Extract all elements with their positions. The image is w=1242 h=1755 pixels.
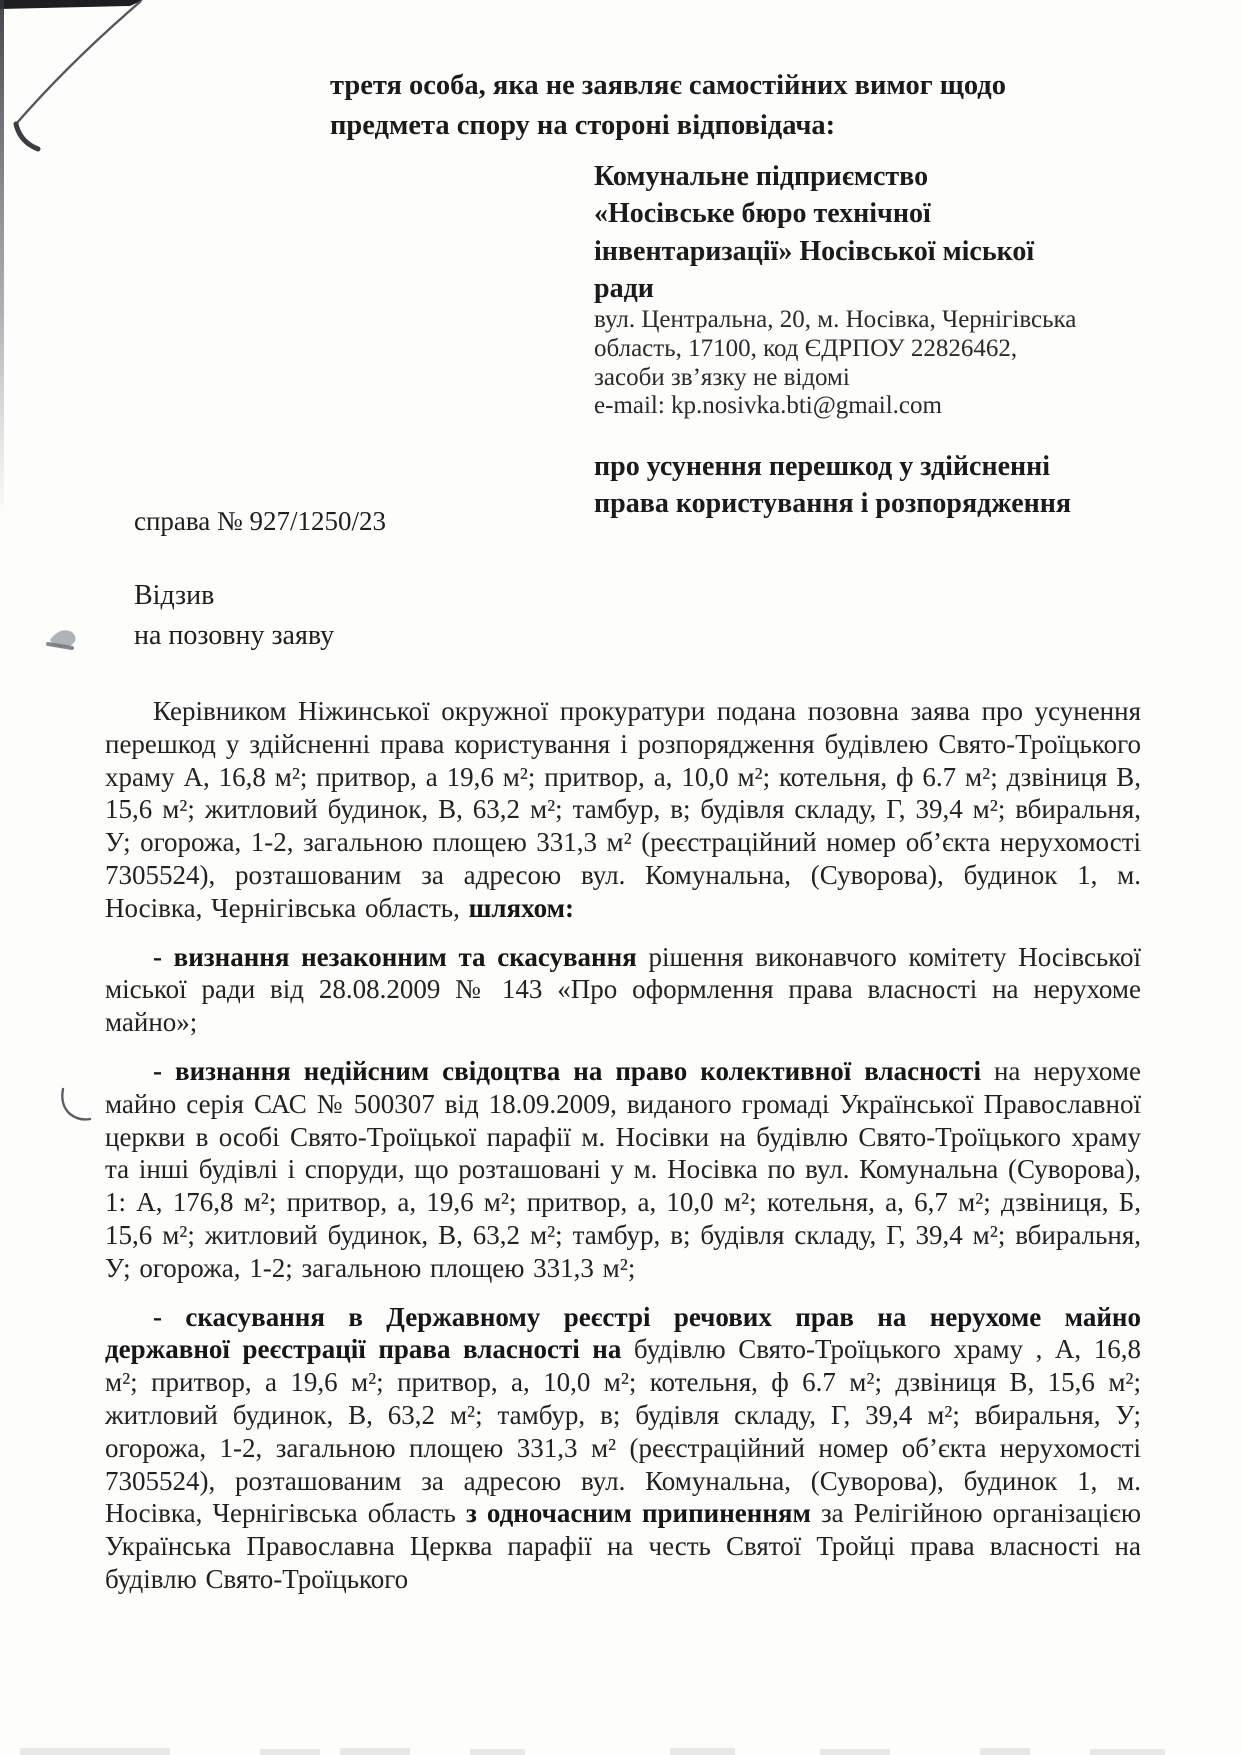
cut-off-next-line	[20, 1748, 1165, 1755]
document-page: третя особа, яка не заявляє самостійних …	[0, 0, 1242, 1755]
ink-smudge-tail	[48, 644, 72, 648]
third-party-name: Комунальне підприємство «Носівське бюро …	[594, 158, 1154, 308]
folded-page-corner	[16, 1, 141, 124]
top-edge-bar-artifact	[0, 0, 143, 9]
handwritten-pen-mark	[62, 1089, 90, 1119]
body-paragraph: Керівником Ніжинської окружної прокурату…	[105, 695, 1141, 925]
body-paragraph: - визнання недійсним свідоцтва на право …	[105, 1055, 1141, 1285]
document-body: Керівником Ніжинської окружної прокурату…	[105, 695, 1141, 1612]
case-party-heading: третя особа, яка не заявляє самостійних …	[330, 66, 1010, 146]
document-title: Відзив на позовну заяву	[134, 576, 334, 656]
scanner-edge-shadow	[0, 0, 4, 520]
folded-page-corner-shadow	[16, 124, 38, 149]
body-paragraph: - визнання незаконним та скасування ріше…	[105, 941, 1141, 1039]
body-paragraph: - скасування в Державному реєстрі речови…	[105, 1301, 1141, 1596]
case-subject: про усунення перешкод у здійсненні права…	[594, 448, 1194, 522]
case-number: справа № 927/1250/23	[134, 506, 386, 537]
ink-smudge	[50, 630, 76, 647]
third-party-address: вул. Центральна, 20, м. Носівка, Чернігі…	[594, 306, 1154, 421]
